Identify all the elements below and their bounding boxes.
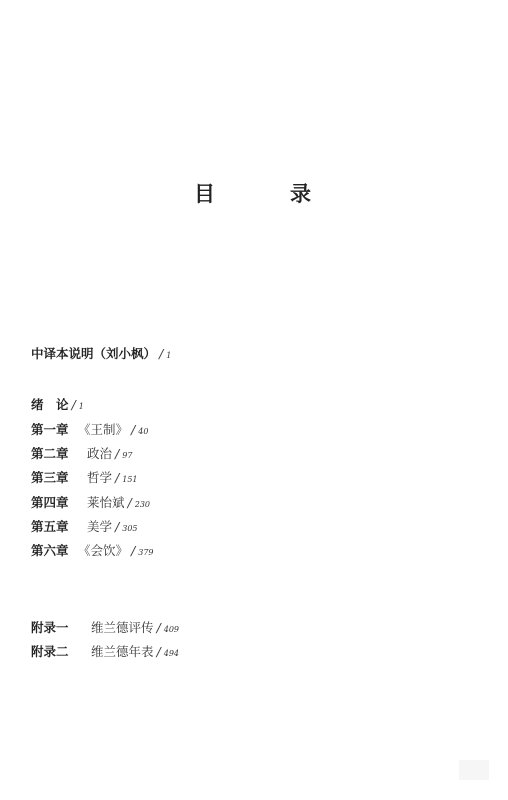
toc-entry-chapter-2[interactable]: 第二章 政治 / 97 [31, 445, 132, 463]
chapter-title: 美学 [87, 518, 112, 536]
appendix-title: 维兰德评传 [91, 619, 154, 637]
chapter-title: 莱怡斌 [87, 494, 125, 512]
toc-separator: / [159, 345, 163, 363]
chapter-label: 第四章 [31, 494, 83, 512]
toc-page-number: 230 [135, 496, 150, 514]
toc-page-number: 379 [138, 544, 153, 562]
toc-page-number: 151 [122, 471, 137, 489]
toc-page-number: 494 [164, 645, 179, 663]
chapter-title: 《王制》 [78, 421, 128, 439]
chapter-title: 哲学 [87, 469, 112, 487]
toc-entry-title: 中译本说明（刘小枫） [31, 345, 156, 363]
toc-page-number: 1 [166, 347, 171, 365]
toc-entry-chapter-5[interactable]: 第五章 美学 / 305 [31, 518, 138, 536]
toc-page-number: 409 [164, 621, 179, 639]
toc-separator: / [115, 445, 119, 463]
toc-entry-chapter-6[interactable]: 第六章 《会饮》 / 379 [31, 542, 154, 560]
toc-entry-appendix-2[interactable]: 附录二 维兰德年表 / 494 [31, 643, 179, 661]
toc-entry-chapter-1[interactable]: 第一章 《王制》 / 40 [31, 421, 148, 439]
toc-separator: / [157, 619, 161, 637]
toc-separator: / [128, 494, 132, 512]
scan-artifact [459, 760, 489, 780]
toc-entry-title: 绪 论 [31, 396, 69, 414]
toc-entry-intro[interactable]: 绪 论 / 1 [31, 396, 84, 414]
toc-entry-chapter-3[interactable]: 第三章 哲学 / 151 [31, 469, 138, 487]
chapter-title: 《会饮》 [78, 542, 128, 560]
toc-page-number: 40 [138, 423, 148, 441]
toc-page-number: 1 [79, 398, 84, 416]
appendix-title: 维兰德年表 [91, 643, 154, 661]
toc-entry-preface[interactable]: 中译本说明（刘小枫） / 1 [31, 345, 171, 363]
toc-entry-appendix-1[interactable]: 附录一 维兰德评传 / 409 [31, 619, 179, 637]
toc-entry-chapter-4[interactable]: 第四章 莱怡斌 / 230 [31, 494, 150, 512]
toc-separator: / [115, 469, 119, 487]
toc-separator: / [131, 421, 135, 439]
toc-page-number: 97 [122, 447, 132, 465]
chapter-label: 第二章 [31, 445, 83, 463]
chapter-label: 第五章 [31, 518, 83, 536]
toc-separator: / [131, 542, 135, 560]
chapter-label: 第一章 [31, 421, 83, 439]
toc-page-number: 305 [122, 520, 137, 538]
toc-separator: / [115, 518, 119, 536]
toc-separator: / [157, 643, 161, 661]
appendix-label: 附录一 [31, 619, 83, 637]
toc-separator: / [72, 396, 76, 414]
chapter-label: 第三章 [31, 469, 83, 487]
appendix-label: 附录二 [31, 643, 83, 661]
page-title: 目 录 [194, 178, 338, 208]
chapter-title: 政治 [87, 445, 112, 463]
chapter-label: 第六章 [31, 542, 83, 560]
